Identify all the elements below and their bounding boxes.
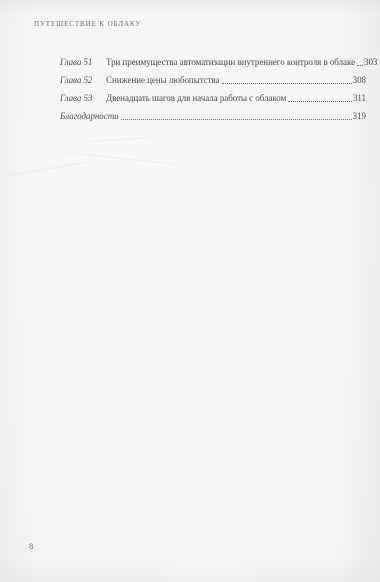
dotted-leader [357,65,363,66]
dotted-leader [121,119,352,120]
toc-list: Глава 51Три преимущества автоматизации в… [60,56,366,128]
page-number: 8 [29,541,33,551]
toc-title: Благодарности [60,110,119,122]
toc-entry: Глава 51Три преимущества автоматизации в… [60,56,366,68]
toc-entry: Глава 52Снижение цены любопытства308 [60,74,366,86]
toc-page-number: 319 [353,110,366,122]
toc-title: Двенадцать шагов для начала работы с обл… [106,92,286,104]
toc-chapter-label: Глава 53 [60,92,106,104]
toc-entry: Глава 53Двенадцать шагов для начала рабо… [60,92,366,104]
toc-chapter-label: Глава 52 [60,74,106,86]
toc-title: Снижение цены любопытства [106,74,220,86]
toc-page-number: 308 [353,74,366,86]
toc-entry: Благодарности319 [60,110,366,122]
toc-page-number: 311 [353,92,366,104]
running-header: ПУТЕШЕСТВИЕ К ОБЛАКУ [34,20,141,28]
toc-chapter-label: Глава 51 [60,56,106,68]
dotted-leader [288,101,352,102]
dotted-leader [222,83,352,84]
toc-page-number: 303 [364,56,377,68]
toc-title: Три преимущества автоматизации внутренне… [106,56,355,68]
